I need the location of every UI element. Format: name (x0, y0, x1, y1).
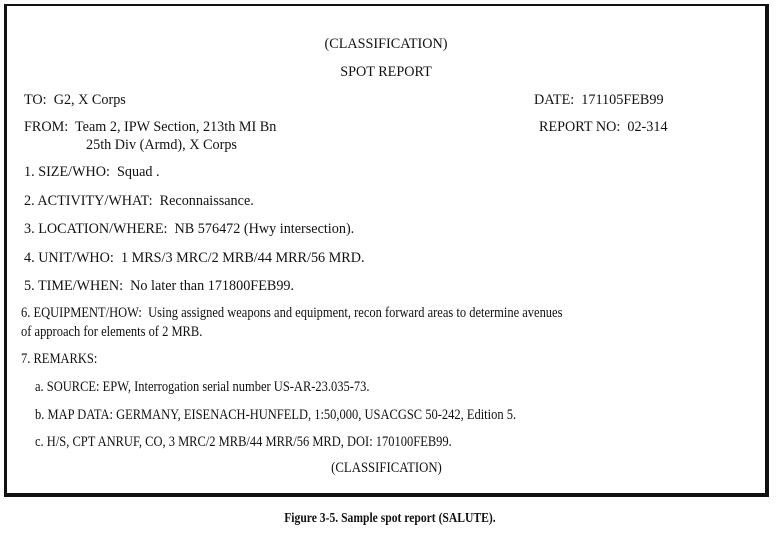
report-title: SPOT REPORT (7, 64, 765, 80)
from-label: FROM: (24, 119, 68, 135)
item-unit-who: 4. UNIT/WHO: 1 MRS/3 MRC/2 MRB/44 MRR/56… (24, 250, 365, 266)
from-field: FROM: Team 2, IPW Section, 213th MI Bn (24, 119, 276, 135)
figure-caption-text: Figure 3-5. Sample spot report (SALUTE). (284, 510, 495, 526)
from-value-line2: 25th Div (Armd), X Corps (86, 137, 237, 153)
item-label: LOCATION/WHERE: (38, 221, 167, 237)
to-field: TO: G2, X Corps (24, 92, 126, 108)
to-value: G2, X Corps (54, 92, 126, 108)
item-number: 7. (21, 351, 30, 367)
item-number: 6. (21, 305, 30, 321)
item-label: ACTIVITY/WHAT: (37, 193, 152, 209)
remark-source: a. SOURCE: EPW, Interrogation serial num… (35, 379, 370, 395)
item-number: 4. (24, 250, 35, 266)
report-number-label: REPORT NO: (539, 119, 620, 135)
item-remarks: 7. REMARKS: (21, 351, 97, 367)
item-location-where: 3. LOCATION/WHERE: NB 576472 (Hwy inters… (24, 221, 354, 237)
remark-letter: a. (35, 379, 44, 395)
item-activity-what: 2. ACTIVITY/WHAT: Reconnaissance. (24, 193, 254, 209)
remark-letter: c. (35, 434, 44, 450)
item-number: 2. (24, 193, 35, 209)
remark-letter: b. (35, 407, 44, 423)
item-value: No later than 171800FEB99. (130, 278, 294, 294)
figure-caption: Figure 3-5. Sample spot report (SALUTE). (0, 510, 780, 526)
to-label: TO: (24, 92, 47, 108)
item-value: 1 MRS/3 MRC/2 MRB/44 MRR/56 MRD. (121, 250, 365, 266)
classification-footer: (CLASSIFICATION) (7, 460, 765, 476)
remark-text: H/S, CPT ANRUF, CO, 3 MRC/2 MRB/44 MRR/5… (47, 434, 452, 450)
remark-hs: c. H/S, CPT ANRUF, CO, 3 MRC/2 MRB/44 MR… (35, 434, 452, 450)
remark-text: MAP DATA: GERMANY, EISENACH-HUNFELD, 1:5… (47, 407, 516, 423)
item-equipment-how: 6. EQUIPMENT/HOW: Using assigned weapons… (21, 305, 562, 321)
item-label: REMARKS: (33, 351, 97, 367)
classification-footer-text: (CLASSIFICATION) (331, 460, 442, 476)
item-value: Squad . (117, 164, 160, 180)
remark-map-data: b. MAP DATA: GERMANY, EISENACH-HUNFELD, … (35, 407, 516, 423)
item-equipment-how-continued: of approach for elements of 2 MRB. (21, 324, 202, 340)
date-label: DATE: (534, 92, 574, 108)
item-label: EQUIPMENT/HOW: (33, 305, 141, 321)
item-label: UNIT/WHO: (38, 250, 114, 266)
item-label: TIME/WHEN: (38, 278, 123, 294)
item-number: 3. (24, 221, 35, 237)
date-value: 171105FEB99 (581, 92, 663, 108)
report-number-field: REPORT NO: 02-314 (539, 119, 668, 135)
item-value: Reconnaissance. (160, 193, 254, 209)
spot-report-form: (CLASSIFICATION) SPOT REPORT TO: G2, X C… (4, 4, 769, 497)
item-value: NB 576472 (Hwy intersection). (175, 221, 355, 237)
report-number-value: 02-314 (627, 119, 667, 135)
item-size-who: 1. SIZE/WHO: Squad . (24, 164, 160, 180)
from-value-line1: Team 2, IPW Section, 213th MI Bn (75, 119, 276, 135)
date-field: DATE: 171105FEB99 (534, 92, 664, 108)
item-time-when: 5. TIME/WHEN: No later than 171800FEB99. (24, 278, 294, 294)
item-number: 1. (24, 164, 35, 180)
item-value: Using assigned weapons and equipment, re… (148, 305, 562, 321)
item-number: 5. (24, 278, 35, 294)
remark-text: SOURCE: EPW, Interrogation serial number… (47, 379, 370, 395)
classification-header: (CLASSIFICATION) (7, 36, 765, 52)
item-label: SIZE/WHO: (38, 164, 110, 180)
